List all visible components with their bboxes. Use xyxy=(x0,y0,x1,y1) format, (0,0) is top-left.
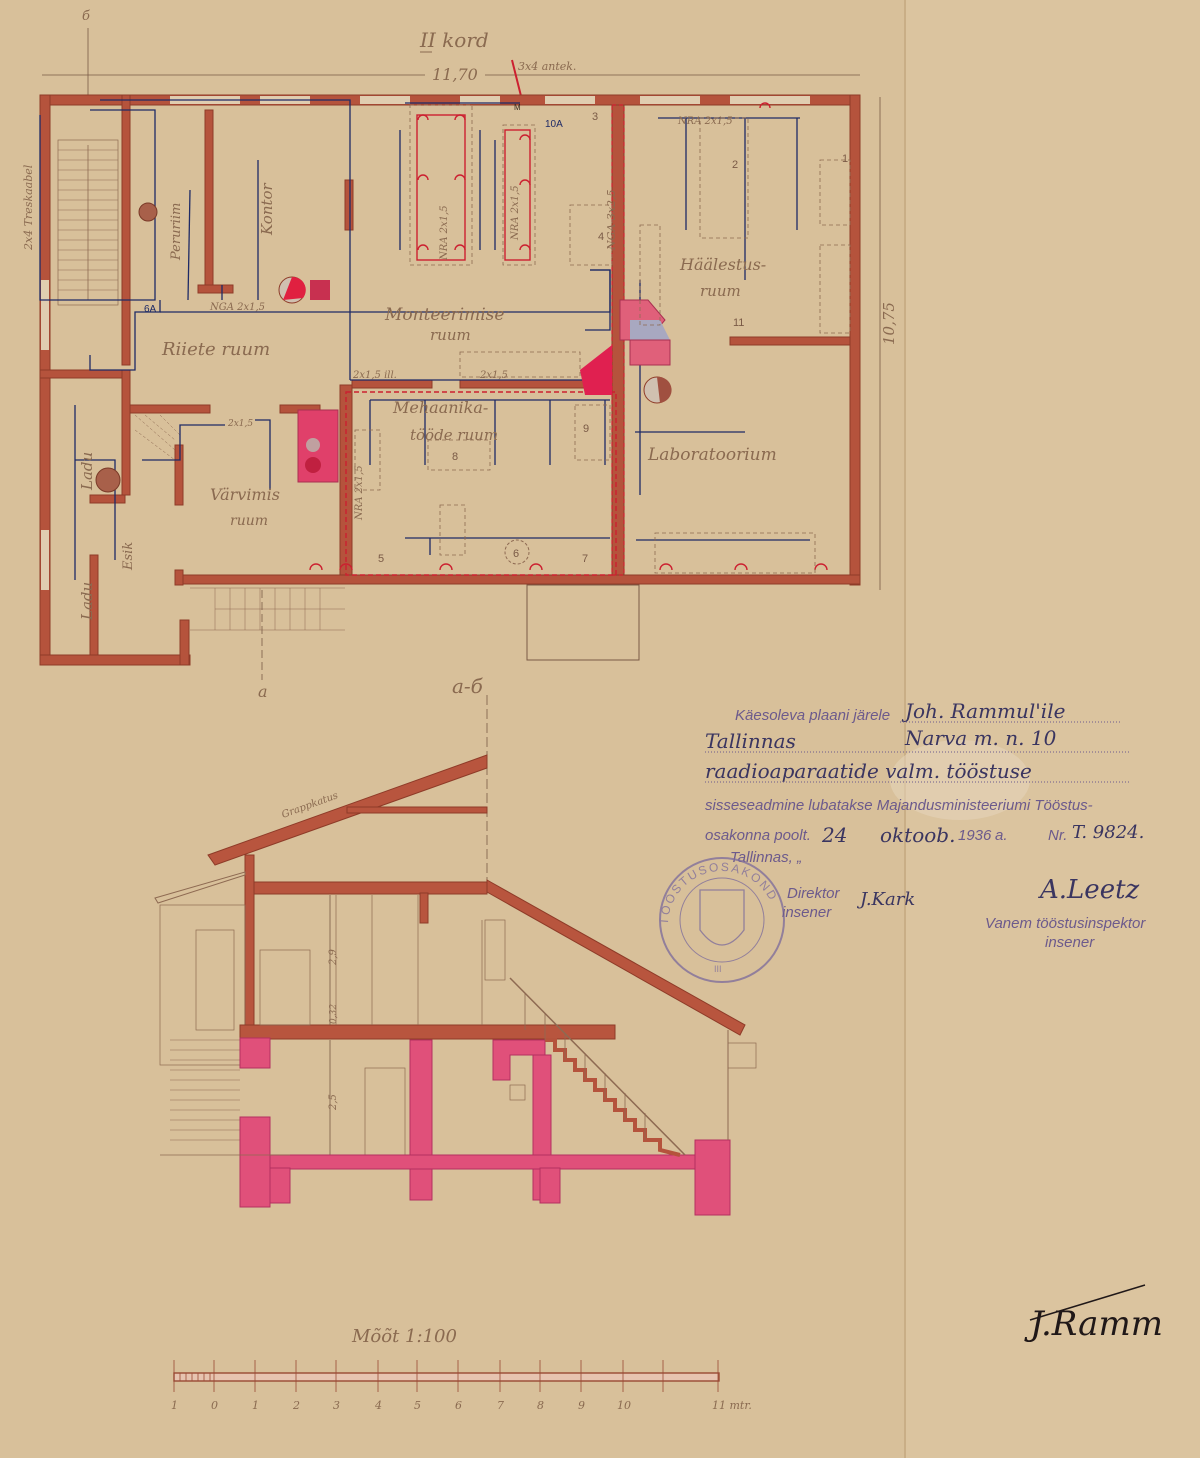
svg-text:NRA 2x1,5: NRA 2x1,5 xyxy=(677,116,733,127)
svg-text:11: 11 xyxy=(733,317,744,329)
director-title: Direktor xyxy=(787,885,841,902)
room-label-monteerimise: Monteerimise xyxy=(384,305,504,325)
svg-text:ruum: ruum xyxy=(230,513,268,529)
svg-text:4: 4 xyxy=(598,231,604,243)
svg-text:6A: 6A xyxy=(144,304,157,315)
svg-text:NGA 3x2,5: NGA 3x2,5 xyxy=(605,189,618,251)
svg-text:tööde ruum: tööde ruum xyxy=(410,426,498,444)
svg-text:3: 3 xyxy=(592,111,598,123)
architectural-drawing-sheet: II kord 11,70 3x4 antek. б 10,75 xyxy=(0,0,1200,1458)
scale-title: Mõõt 1:100 xyxy=(351,1326,457,1347)
svg-text:0,32: 0,32 xyxy=(329,1004,339,1024)
svg-text:1: 1 xyxy=(252,1399,259,1412)
director-signature: J.Kark xyxy=(856,889,915,910)
svg-text:NRA 2x1,5: NRA 2x1,5 xyxy=(439,205,450,261)
svg-text:3: 3 xyxy=(333,1399,340,1412)
floor-title: II kord xyxy=(419,28,489,52)
svg-text:2,5: 2,5 xyxy=(328,1094,339,1111)
svg-text:NGA 2x1,5: NGA 2x1,5 xyxy=(209,302,265,313)
svg-text:NRA 2x1,5: NRA 2x1,5 xyxy=(510,185,521,241)
approval-line-4: sisseseadmine lubatakse Majandusministee… xyxy=(705,797,1093,814)
svg-text:6: 6 xyxy=(513,548,519,560)
svg-text:5: 5 xyxy=(378,553,384,565)
svg-text:M: M xyxy=(514,103,521,112)
svg-text:0: 0 xyxy=(211,1399,218,1412)
owner-signature: J.Ramm xyxy=(1024,1304,1163,1344)
svg-text:2x1,5: 2x1,5 xyxy=(479,370,508,381)
director-subtitle: insener xyxy=(782,904,832,921)
svg-text:III: III xyxy=(714,964,722,974)
svg-text:7: 7 xyxy=(497,1399,504,1412)
svg-text:11 mtr.: 11 mtr. xyxy=(712,1399,752,1412)
svg-text:2x1,5: 2x1,5 xyxy=(227,419,253,429)
approval-owner-name: Joh. Rammul'ile xyxy=(901,699,1065,723)
inspector-subtitle: insener xyxy=(1045,934,1095,951)
svg-text:8: 8 xyxy=(537,1399,544,1412)
approval-year: 1936 xyxy=(958,827,992,844)
room-label-varvimis: Värvimis xyxy=(210,485,280,504)
inspector-title: Vanem tööstusinspektor xyxy=(985,915,1146,932)
svg-text:2x1,5 ill.: 2x1,5 ill. xyxy=(352,370,397,381)
svg-text:a.: a. xyxy=(995,827,1008,844)
inspector-signature: A.Leetz xyxy=(1038,875,1140,905)
width-dimension: 11,70 xyxy=(432,65,478,84)
svg-text:8: 8 xyxy=(452,451,458,463)
svg-text:2: 2 xyxy=(292,1399,300,1412)
svg-text:2,9: 2,9 xyxy=(328,948,339,966)
svg-text:10: 10 xyxy=(617,1399,631,1412)
approval-date-month: oktoob. xyxy=(880,823,955,847)
svg-text:NRA 2x1,5: NRA 2x1,5 xyxy=(354,465,365,521)
room-label-riiete: Riiete ruum xyxy=(161,339,270,360)
room-label-laboratoorium: Laboratoorium xyxy=(647,445,777,465)
approval-line-5: osakonna poolt. xyxy=(705,827,811,844)
svg-text:10A: 10A xyxy=(545,119,563,130)
section-mark-left: a xyxy=(258,682,268,701)
approval-city: Tallinnas xyxy=(705,729,796,753)
stair-cable-label: 2x4 Treskaabel xyxy=(22,164,35,251)
approval-address: Narva m. n. 10 xyxy=(904,726,1057,750)
height-dimension: 10,75 xyxy=(880,302,898,345)
approval-line-1-printed: Käesoleva plaani järele xyxy=(735,707,890,724)
svg-text:4: 4 xyxy=(374,1399,382,1412)
svg-text:7: 7 xyxy=(582,553,588,565)
room-label-esik: Esik xyxy=(121,542,136,571)
section-mark-top: б xyxy=(82,9,90,24)
room-label-ladu-2: Ladu xyxy=(78,582,96,621)
room-label-mehaanika: Mehaanika- xyxy=(392,398,488,417)
svg-text:2: 2 xyxy=(732,159,738,171)
svg-text:5: 5 xyxy=(414,1399,421,1412)
svg-text:6: 6 xyxy=(455,1399,462,1412)
room-label-ladu-1: Ladu xyxy=(78,452,96,491)
svg-text:ruum: ruum xyxy=(700,282,741,300)
approval-date-day: 24 xyxy=(821,823,847,847)
approval-number: T. 9824. xyxy=(1072,822,1144,843)
svg-text:1: 1 xyxy=(842,153,848,165)
svg-text:9: 9 xyxy=(578,1399,585,1412)
approval-purpose: raadioaparaatide valm. tööstuse xyxy=(705,759,1032,783)
svg-text:1: 1 xyxy=(171,1399,178,1412)
room-label-kontor: Kontor xyxy=(258,182,276,236)
section-title: a-б xyxy=(452,674,484,698)
room-label-haalestus: Häälestus- xyxy=(679,255,766,274)
svg-text:9: 9 xyxy=(583,423,589,435)
svg-text:Nr.: Nr. xyxy=(1048,827,1067,844)
antenna-label: 3x4 antek. xyxy=(518,60,576,73)
svg-text:ruum: ruum xyxy=(430,326,471,344)
room-label-peruriim: Peruriim xyxy=(169,203,184,261)
